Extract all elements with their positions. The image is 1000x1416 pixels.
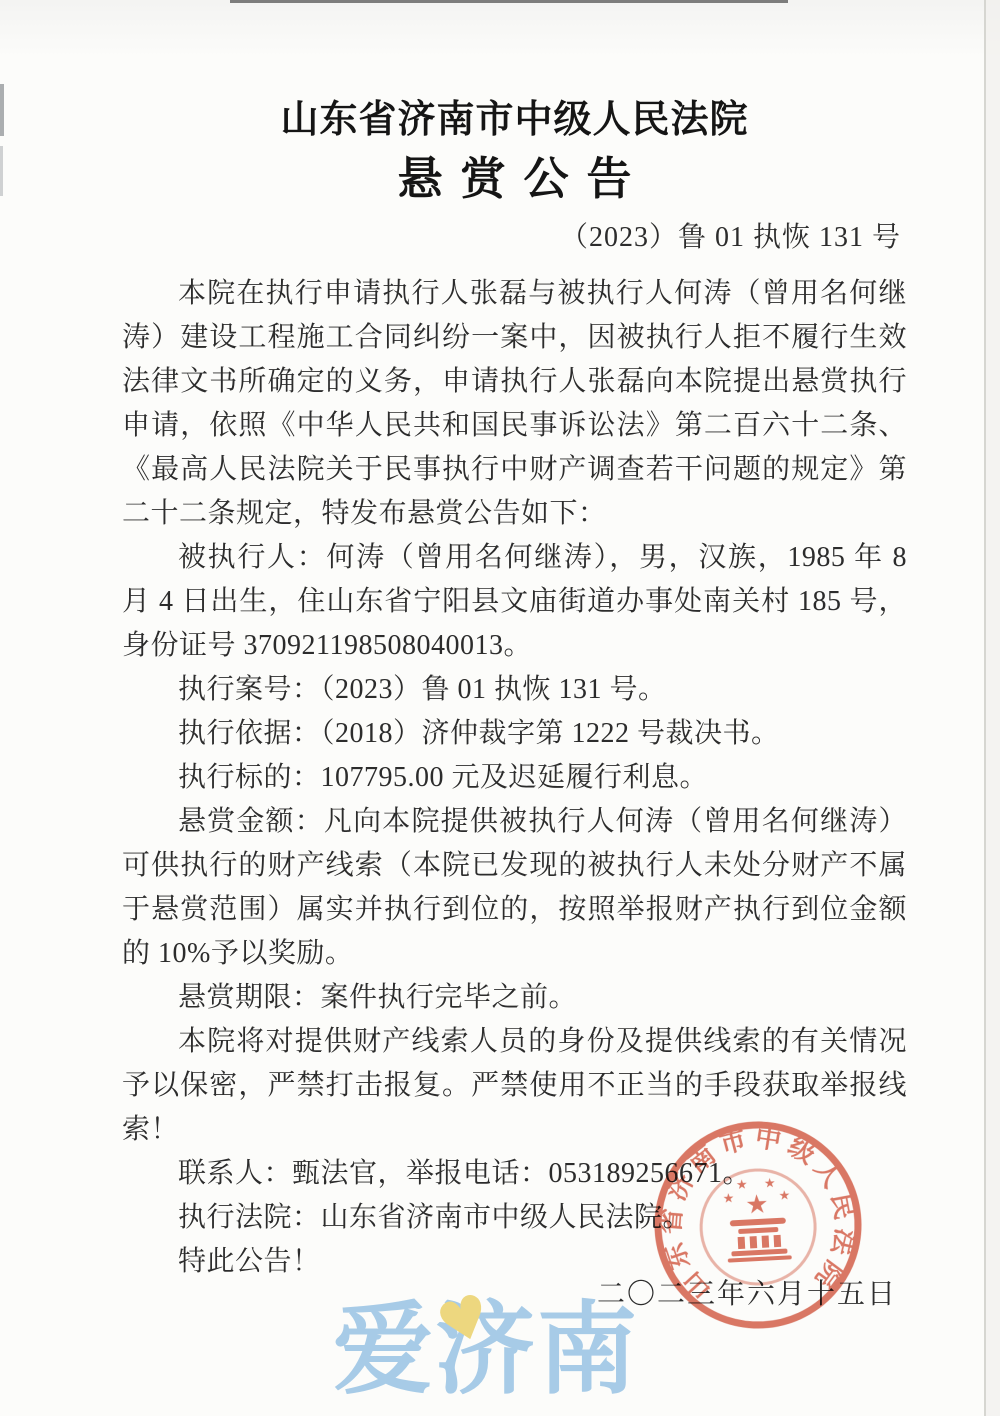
scan-artifact-left-mark <box>0 146 3 196</box>
paragraph: 执行案号：（2023）鲁 01 执恢 131 号。 <box>122 668 907 712</box>
scan-shadow-top <box>0 0 1000 58</box>
paragraph: 执行依据：（2018）济仲裁字第 1222 号裁决书。 <box>122 712 907 756</box>
scan-artifact-top-line <box>230 0 788 3</box>
seal-wreath-ring <box>698 1167 818 1287</box>
paragraph: 本院在执行申请执行人张磊与被执行人何涛（曾用名何继涛）建设工程施工合同纠纷一案中… <box>122 272 907 536</box>
star-icon: ★ <box>736 1177 748 1193</box>
document-body: 山东省济南市中级人民法院 悬赏公告 （2023）鲁 01 执恢 131 号 本院… <box>122 96 907 1284</box>
scan-page-edge <box>986 0 1000 1416</box>
court-name-heading: 山东省济南市中级人民法院 <box>122 96 907 144</box>
star-icon: ★ <box>745 1189 770 1220</box>
national-emblem-icon: ★ ★ ★ ★ ★ <box>722 1175 794 1262</box>
scan-artifact-left-mark <box>0 84 4 136</box>
scan-page-edge-line <box>984 0 986 1416</box>
star-icon: ★ <box>722 1191 734 1207</box>
document-title: 悬赏公告 <box>122 152 907 206</box>
paragraph: 执行标的：107795.00 元及迟延履行利息。 <box>122 756 907 800</box>
paragraph: 被执行人：何涛（曾用名何继涛），男，汉族，1985 年 8 月 4 日出生，住山… <box>122 536 907 668</box>
tiananmen-gate-icon <box>726 1217 792 1262</box>
paragraph: 悬赏期限：案件执行完毕之前。 <box>122 976 907 1020</box>
official-court-seal-icon: 山东省济南市中级人民法院 ★ ★ ★ ★ ★ <box>644 1111 871 1338</box>
star-icon: ★ <box>778 1188 790 1204</box>
scanned-court-document: 山东省济南市中级人民法院 悬赏公告 （2023）鲁 01 执恢 131 号 本院… <box>0 0 1000 1416</box>
paragraph: 悬赏金额：凡向本院提供被执行人何涛（曾用名何继涛）可供执行的财产线索（本院已发现… <box>122 800 907 976</box>
star-icon: ★ <box>764 1176 776 1192</box>
case-number: （2023）鲁 01 执恢 131 号 <box>122 222 907 254</box>
